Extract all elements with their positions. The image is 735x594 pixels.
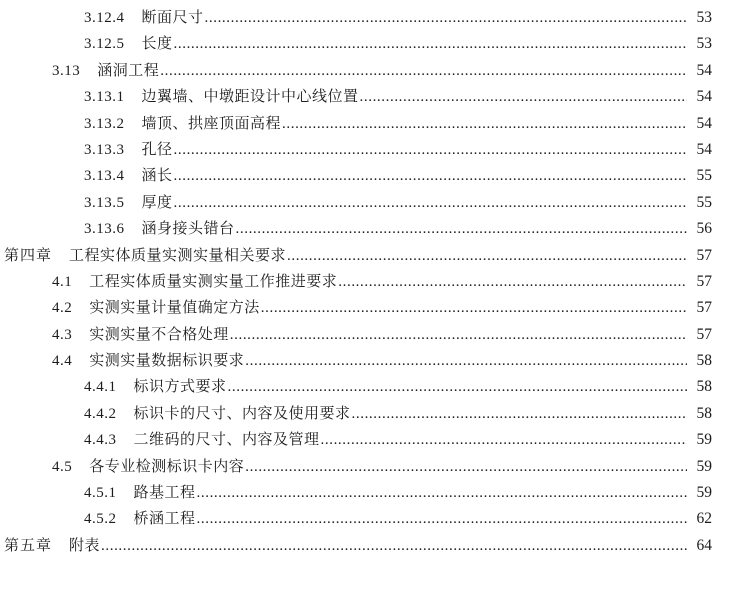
toc-entry-title: 实测实量计量值确定方法 [89,296,260,317]
toc-entry-title: 工程实体质量实测实量相关要求 [69,244,286,265]
toc-page-number: 54 [688,62,712,80]
toc-entry-number: 4.2 [52,300,72,317]
toc-entry-number: 3.13 [52,63,80,80]
toc-dot-leader: ........................................… [174,142,687,159]
toc-entry[interactable]: 4.4.3 二维码的尺寸、内容及管理 .....................… [4,428,712,454]
toc-dot-leader: ........................................… [197,511,687,528]
toc-entry-number: 4.1 [52,274,72,291]
toc-entry-number: 4.5.2 [84,511,117,528]
toc-dot-leader: ........................................… [197,485,687,502]
toc-entry-title: 实测实量不合格处理 [89,323,229,344]
toc-entry[interactable]: 3.13.6 涵身接头错台 ..........................… [4,217,712,243]
toc-entry-title: 厚度 [142,191,173,212]
toc-page-number: 62 [688,510,712,528]
toc-page-number: 58 [688,405,712,423]
toc-page-number: 54 [688,115,712,133]
toc-entry-number: 3.13.3 [84,142,125,159]
toc-entry[interactable]: 4.2 实测实量计量值确定方法 ........................… [4,296,712,322]
toc-entry-number: 4.5 [52,459,72,476]
toc-page-number: 55 [688,194,712,212]
toc-dot-leader: ........................................… [174,195,687,212]
toc-entry-number: 第五章 [4,534,52,555]
toc-dot-leader: ........................................… [282,116,687,133]
toc-entry-number: 4.5.1 [84,485,117,502]
toc-dot-leader: ........................................… [205,10,687,27]
toc-entry[interactable]: 3.13.2 墙顶、拱座顶面高程 .......................… [4,112,712,138]
toc-dot-leader: ........................................… [174,168,687,185]
toc-entry[interactable]: 第四章 工程实体质量实测实量相关要求 .....................… [4,244,712,270]
toc-dot-leader: ........................................… [101,538,687,555]
toc-entry-title: 桥涵工程 [134,507,196,528]
toc-entry[interactable]: 3.12.4 断面尺寸 ............................… [4,6,712,32]
toc-entry-title: 附表 [69,534,100,555]
toc-entry-number: 4.4.1 [84,379,117,396]
toc-entry[interactable]: 4.5.1 路基工程 .............................… [4,481,712,507]
toc-dot-leader: ........................................… [261,300,687,317]
toc-entry[interactable]: 4.4 实测实量数据标识要求 .........................… [4,349,712,375]
toc-entry[interactable]: 3.12.5 长度 ..............................… [4,32,712,58]
toc-page-number: 54 [688,141,712,159]
toc-entry-number: 3.13.5 [84,195,125,212]
toc-dot-leader: ........................................… [174,36,687,53]
toc-entry-number: 3.12.4 [84,10,125,27]
toc-entry-number: 3.12.5 [84,36,125,53]
toc-entry[interactable]: 4.4.2 标识卡的尺寸、内容及使用要求 ...................… [4,402,712,428]
toc-dot-leader: ........................................… [287,248,687,265]
toc-entry[interactable]: 3.13.1 边翼墙、中墩距设计中心线位置 ..................… [4,85,712,111]
toc-entry-title: 实测实量数据标识要求 [89,349,244,370]
toc-entry-number: 4.4.2 [84,406,117,423]
toc-entry-title: 孔径 [142,138,173,159]
toc-entry-title: 标识卡的尺寸、内容及使用要求 [134,402,351,423]
toc-entry-number: 4.3 [52,327,72,344]
toc-entry[interactable]: 4.5 各专业检测标识卡内容 .........................… [4,455,712,481]
document-page: 3.12.4 断面尺寸 ............................… [0,0,735,594]
toc-dot-leader: ........................................… [360,89,687,106]
toc-dot-leader: ........................................… [228,379,687,396]
toc-page-number: 59 [688,458,712,476]
toc-entry[interactable]: 4.4.1 标识方式要求 ...........................… [4,375,712,401]
toc-page-number: 55 [688,167,712,185]
toc-entry-number: 4.4 [52,353,72,370]
toc-entry-number: 4.4.3 [84,432,117,449]
toc-entry-number: 3.13.1 [84,89,125,106]
toc-dot-leader: ........................................… [230,327,687,344]
toc-entry-title: 涵身接头错台 [142,217,235,238]
toc-entry[interactable]: 4.1 工程实体质量实测实量工作推进要求 ...................… [4,270,712,296]
toc-entry-title: 涵洞工程 [97,59,159,80]
toc-page-number: 58 [688,352,712,370]
toc-entry[interactable]: 第五章 附表 .................................… [4,534,712,560]
toc-entry-title: 边翼墙、中墩距设计中心线位置 [142,85,359,106]
toc-entry-number: 3.13.4 [84,168,125,185]
toc-page-number: 57 [688,247,712,265]
toc-entry-title: 路基工程 [134,481,196,502]
toc-page-number: 59 [688,484,712,502]
toc-entry-number: 3.13.6 [84,221,125,238]
toc-entry-title: 涵长 [142,164,173,185]
toc-page-number: 58 [688,378,712,396]
toc-entry[interactable]: 4.3 实测实量不合格处理 ..........................… [4,323,712,349]
toc-page-number: 64 [688,537,712,555]
toc-entry[interactable]: 3.13.4 涵长 ..............................… [4,164,712,190]
toc-dot-leader: ........................................… [338,274,687,291]
toc-page-number: 53 [688,35,712,53]
toc-page-number: 57 [688,273,712,291]
toc-dot-leader: ........................................… [160,63,687,80]
toc-dot-leader: ........................................… [352,406,687,423]
toc-page-number: 59 [688,431,712,449]
toc-entry-title: 断面尺寸 [142,6,204,27]
toc-dot-leader: ........................................… [321,432,687,449]
toc-entry[interactable]: 3.13.5 厚度 ..............................… [4,191,712,217]
toc-entry-title: 工程实体质量实测实量工作推进要求 [89,270,337,291]
table-of-contents: 3.12.4 断面尺寸 ............................… [4,6,712,560]
toc-entry[interactable]: 3.13.3 孔径 ..............................… [4,138,712,164]
toc-entry-title: 长度 [142,32,173,53]
toc-page-number: 57 [688,299,712,317]
toc-entry[interactable]: 4.5.2 桥涵工程 .............................… [4,507,712,533]
toc-entry-number: 第四章 [4,244,52,265]
toc-page-number: 53 [688,9,712,27]
toc-page-number: 54 [688,88,712,106]
toc-page-number: 57 [688,326,712,344]
toc-entry-title: 墙顶、拱座顶面高程 [142,112,282,133]
toc-dot-leader: ........................................… [236,221,687,238]
toc-dot-leader: ........................................… [245,353,687,370]
toc-entry-title: 各专业检测标识卡内容 [89,455,244,476]
toc-entry-title: 标识方式要求 [134,375,227,396]
toc-page-number: 56 [688,220,712,238]
toc-entry[interactable]: 3.13 涵洞工程 ..............................… [4,59,712,85]
toc-entry-number: 3.13.2 [84,116,125,133]
toc-entry-title: 二维码的尺寸、内容及管理 [134,428,320,449]
toc-dot-leader: ........................................… [245,459,687,476]
